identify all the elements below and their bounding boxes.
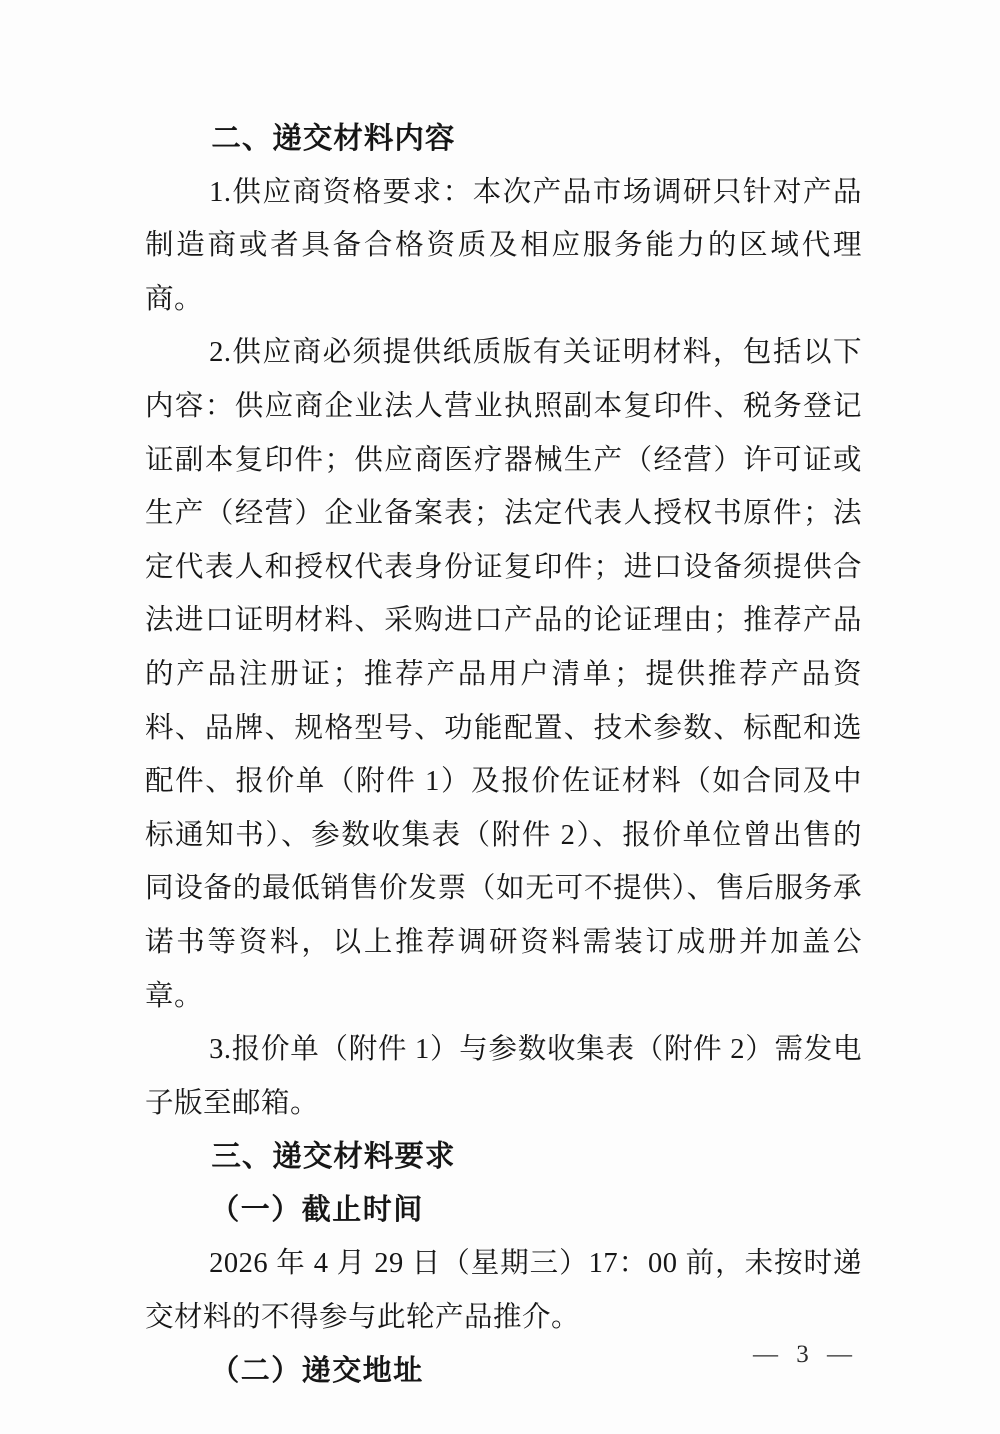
document-body: 二、递交材料内容 1.供应商资格要求：本次产品市场调研只针对产品制造商或者具备合…	[145, 112, 862, 1398]
paragraph-supplier-qualification: 1.供应商资格要求：本次产品市场调研只针对产品制造商或者具备合格资质及相应服务能…	[145, 166, 862, 327]
paragraph-paper-materials-list: 2.供应商必须提供纸质版有关证明材料，包括以下内容：供应商企业法人营业执照副本复…	[145, 326, 862, 1023]
subheading-deadline: （一）截止时间	[145, 1184, 862, 1238]
page-number: — 3 —	[753, 1338, 858, 1372]
section-heading-materials-content: 二、递交材料内容	[145, 112, 862, 166]
paragraph-electronic-copy: 3.报价单（附件 1）与参数收集表（附件 2）需发电子版至邮箱。	[145, 1023, 862, 1130]
section-heading-materials-requirements: 三、递交材料要求	[145, 1130, 862, 1184]
paragraph-deadline-detail: 2026 年 4 月 29 日（星期三）17：00 前，未按时递交材料的不得参与…	[145, 1237, 862, 1344]
document-page: 二、递交材料内容 1.供应商资格要求：本次产品市场调研只针对产品制造商或者具备合…	[0, 0, 1000, 1434]
